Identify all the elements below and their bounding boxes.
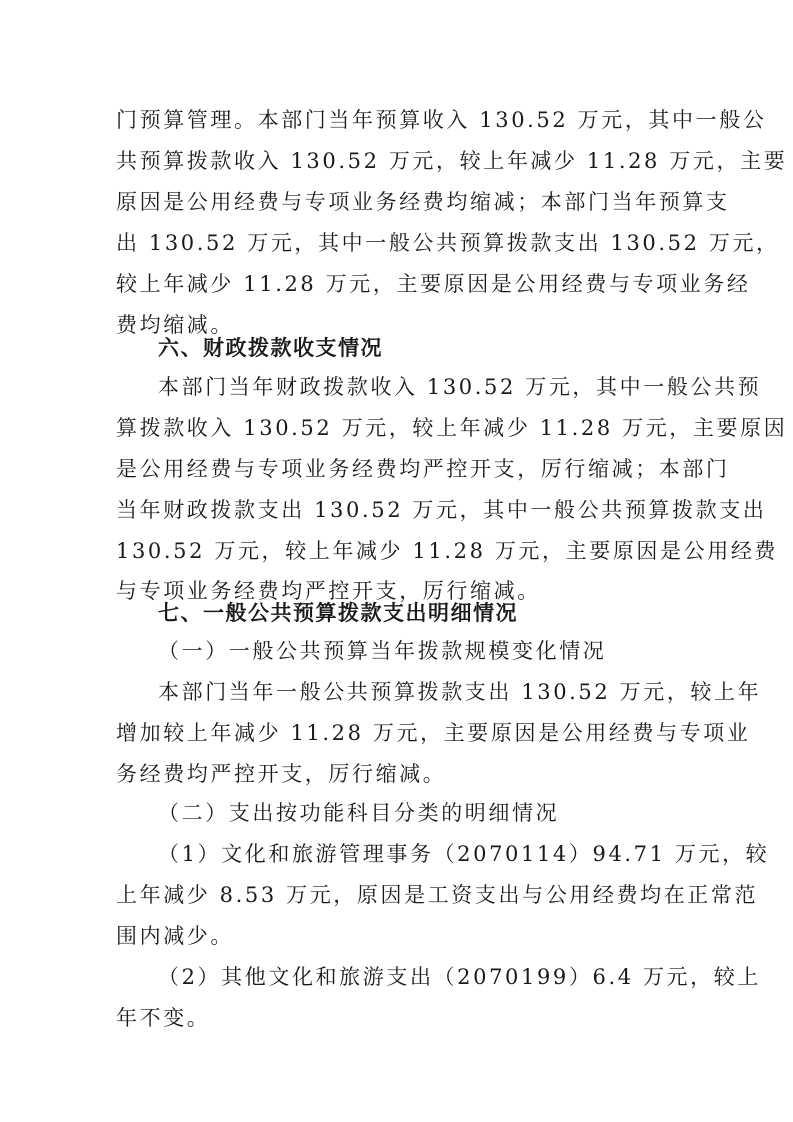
- section-heading-7: 七、一般公共预算拨款支出明细情况: [158, 598, 682, 628]
- subsection-heading-1: （一）一般公共预算当年拨款规模变化情况: [158, 636, 682, 666]
- text-line: 当年财政拨款支出 130.52 万元，其中一般公共预算拨款支出: [116, 495, 682, 525]
- text-line: （1）文化和旅游管理事务（2070114）94.71 万元，较: [158, 839, 682, 869]
- text-line: 本部门当年一般公共预算拨款支出 130.52 万元，较上年: [158, 677, 682, 707]
- section-heading-6: 六、财政拨款收支情况: [158, 333, 682, 363]
- text-line: 是公用经费与专项业务经费均严控开支，厉行缩减；本部门: [116, 454, 682, 484]
- text-line: 增加较上年减少 11.28 万元，主要原因是公用经费与专项业: [116, 718, 682, 748]
- subsection-heading-2: （二）支出按功能科目分类的明细情况: [158, 798, 682, 828]
- document-page: 门预算管理。本部门当年预算收入 130.52 万元，其中一般公 共预算拨款收入 …: [0, 0, 793, 1122]
- text-line: 出 130.52 万元，其中一般公共预算拨款支出 130.52 万元，: [116, 228, 682, 258]
- text-line: 门预算管理。本部门当年预算收入 130.52 万元，其中一般公: [116, 105, 682, 135]
- text-line: 共预算拨款收入 130.52 万元，较上年减少 11.28 万元，主要: [116, 146, 682, 176]
- text-line: 围内减少。: [116, 921, 682, 951]
- text-line: 年不变。: [116, 1003, 682, 1033]
- text-line: 本部门当年财政拨款收入 130.52 万元，其中一般公共预: [158, 372, 682, 402]
- text-line: 务经费均严控开支，厉行缩减。: [116, 759, 682, 789]
- text-line: （2）其他文化和旅游支出（2070199）6.4 万元，较上: [158, 962, 682, 992]
- text-line: 算拨款收入 130.52 万元，较上年减少 11.28 万元，主要原因: [116, 413, 682, 443]
- text-line: 原因是公用经费与专项业务经费均缩减；本部门当年预算支: [116, 187, 682, 217]
- text-line: 上年减少 8.53 万元，原因是工资支出与公用经费均在正常范: [116, 880, 682, 910]
- text-line: 较上年减少 11.28 万元，主要原因是公用经费与专项业务经: [116, 269, 682, 299]
- text-line: 130.52 万元，较上年减少 11.28 万元，主要原因是公用经费: [116, 536, 682, 566]
